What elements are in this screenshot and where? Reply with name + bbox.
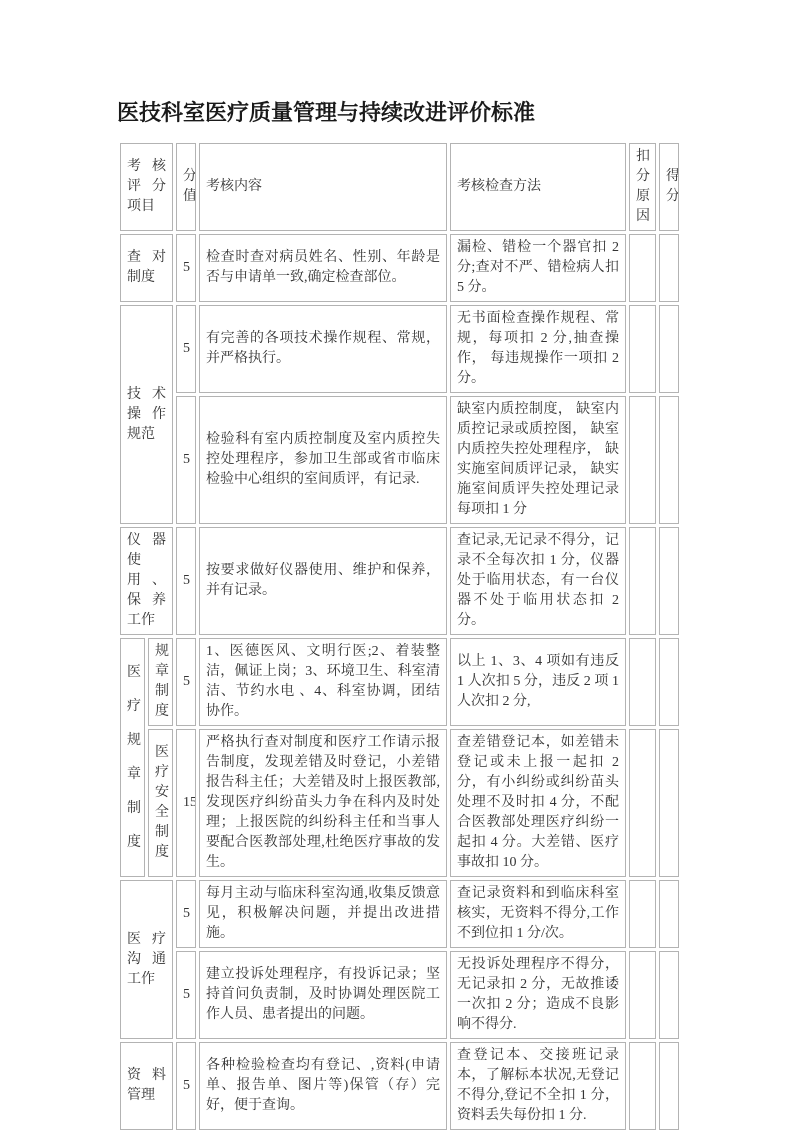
score-cell: 5 — [176, 951, 196, 1039]
deduction-cell — [629, 234, 656, 302]
row-sub-label: 规章制度 — [148, 638, 173, 726]
score-cell: 5 — [176, 234, 196, 302]
gained-cell — [659, 234, 679, 302]
gained-cell — [659, 638, 679, 726]
deduction-cell — [629, 880, 656, 948]
content-cell: 建立投诉处理程序，有投诉记录；坚持首问负责制，及时协调处理医院工作人员、患者提出… — [199, 951, 447, 1039]
header-method: 考核检查方法 — [450, 143, 626, 231]
deduction-cell — [629, 1042, 656, 1130]
content-cell: 各种检验检查均有登记、,资料(申请单、报告单、图片等)保管（存）完好，便于查询。 — [199, 1042, 447, 1130]
content-cell: 1、医德医风、文明行医;2、着装整洁，佩证上岗；3、环境卫生、科室清洁、节约水电… — [199, 638, 447, 726]
row-item-label: 医疗沟通工作 — [120, 880, 173, 1039]
score-cell: 5 — [176, 396, 196, 524]
document-page: 医技科室医疗质量管理与持续改进评价标准 考核 评分 项目 分值 考核内容 考核检… — [0, 0, 793, 1122]
gained-cell — [659, 729, 679, 877]
content-cell: 检验科有室内质控制度及室内质控失控处理程序，参加卫生部或省市临床检验中心组织的室… — [199, 396, 447, 524]
evaluation-table: 考核 评分 项目 分值 考核内容 考核检查方法 扣分原因 得分 查对制度 5 检… — [117, 140, 682, 1133]
table-row: 资料管理 5 各种检验检查均有登记、,资料(申请单、报告单、图片等)保管（存）完… — [120, 1042, 679, 1130]
method-cell: 漏检、错检一个器官扣 2 分;查对不严、错检病人扣 5 分。 — [450, 234, 626, 302]
content-cell: 按要求做好仪器使用、维护和保养，并有记录。 — [199, 527, 447, 635]
row-sub-label: 医疗安全制度 — [148, 729, 173, 877]
table-row: 仪器使用、保养工作 5 按要求做好仪器使用、维护和保养，并有记录。 查记录,无记… — [120, 527, 679, 635]
table-row: 技术操作规范 5 有完善的各项技术操作规程、常规，并严格执行。 无书面检查操作规… — [120, 305, 679, 393]
table-row: 5 检验科有室内质控制度及室内质控失控处理程序，参加卫生部或省市临床检验中心组织… — [120, 396, 679, 524]
table-row: 查对制度 5 检查时查对病员姓名、性别、年龄是否与申请单一致,确定检查部位。 漏… — [120, 234, 679, 302]
gained-cell — [659, 396, 679, 524]
method-cell: 缺室内质控制度， 缺室内质控记录或质控图， 缺室内质控失控处理程序， 缺实施室间… — [450, 396, 626, 524]
deduction-cell — [629, 305, 656, 393]
table-row: 医疗沟通工作 5 每月主动与临床科室沟通,收集反馈意见，积极解决问题，并提出改进… — [120, 880, 679, 948]
score-cell: 5 — [176, 527, 196, 635]
method-cell: 查差错登记本，如差错未登记或未上报一起扣 2 分，有小纠纷或纠纷苗头处理不及时扣… — [450, 729, 626, 877]
table-row: 医疗安全制度 15 严格执行查对制度和医疗工作请示报告制度，发现差错及时登记，小… — [120, 729, 679, 877]
row-group-label: 医疗规章制度 — [120, 638, 145, 877]
score-cell: 5 — [176, 638, 196, 726]
content-cell: 严格执行查对制度和医疗工作请示报告制度，发现差错及时登记，小差错报告科主任；大差… — [199, 729, 447, 877]
header-score: 分值 — [176, 143, 196, 231]
method-cell: 无投诉处理程序不得分，无记录扣 2 分，无故推诿一次扣 2 分；造成不良影响不得… — [450, 951, 626, 1039]
content-cell: 有完善的各项技术操作规程、常规，并严格执行。 — [199, 305, 447, 393]
header-deduction: 扣分原因 — [629, 143, 656, 231]
score-cell: 5 — [176, 880, 196, 948]
page-title: 医技科室医疗质量管理与持续改进评价标准 — [117, 99, 753, 127]
deduction-cell — [629, 396, 656, 524]
score-cell: 5 — [176, 305, 196, 393]
content-cell: 检查时查对病员姓名、性别、年龄是否与申请单一致,确定检查部位。 — [199, 234, 447, 302]
deduction-cell — [629, 527, 656, 635]
gained-cell — [659, 527, 679, 635]
method-cell: 查登记本、交接班记录本，了解标本状况,无登记不得分,登记不全扣 1 分，资料丢失… — [450, 1042, 626, 1130]
deduction-cell — [629, 729, 656, 877]
table-row: 医疗规章制度 规章制度 5 1、医德医风、文明行医;2、着装整洁，佩证上岗；3、… — [120, 638, 679, 726]
row-item-label: 技术操作规范 — [120, 305, 173, 524]
gained-cell — [659, 1042, 679, 1130]
row-item-label: 查对制度 — [120, 234, 173, 302]
method-cell: 无书面检查操作规程、常规，每项扣 2 分,抽查操作， 每违规操作一项扣 2 分。 — [450, 305, 626, 393]
method-cell: 以上 1、3、4 项如有违反 1 人次扣 5 分，违反 2 项 1 人次扣 2 … — [450, 638, 626, 726]
row-item-label: 仪器使用、保养工作 — [120, 527, 173, 635]
method-cell: 查记录,无记录不得分，记录不全每次扣 1 分，仪器处于临用状态，有一台仪器不处于… — [450, 527, 626, 635]
score-cell: 15 — [176, 729, 196, 877]
deduction-cell — [629, 638, 656, 726]
method-cell: 查记录资料和到临床科室核实，无资料不得分,工作不到位扣 1 分/次。 — [450, 880, 626, 948]
row-item-label: 资料管理 — [120, 1042, 173, 1130]
header-content: 考核内容 — [199, 143, 447, 231]
header-gained: 得分 — [659, 143, 679, 231]
header-row: 考核 评分 项目 分值 考核内容 考核检查方法 扣分原因 得分 — [120, 143, 679, 231]
content-cell: 每月主动与临床科室沟通,收集反馈意见，积极解决问题，并提出改进措施。 — [199, 880, 447, 948]
gained-cell — [659, 305, 679, 393]
table-row: 5 建立投诉处理程序，有投诉记录；坚持首问负责制，及时协调处理医院工作人员、患者… — [120, 951, 679, 1039]
gained-cell — [659, 951, 679, 1039]
deduction-cell — [629, 951, 656, 1039]
gained-cell — [659, 880, 679, 948]
score-cell: 5 — [176, 1042, 196, 1130]
header-item: 考核 评分 项目 — [120, 143, 173, 231]
